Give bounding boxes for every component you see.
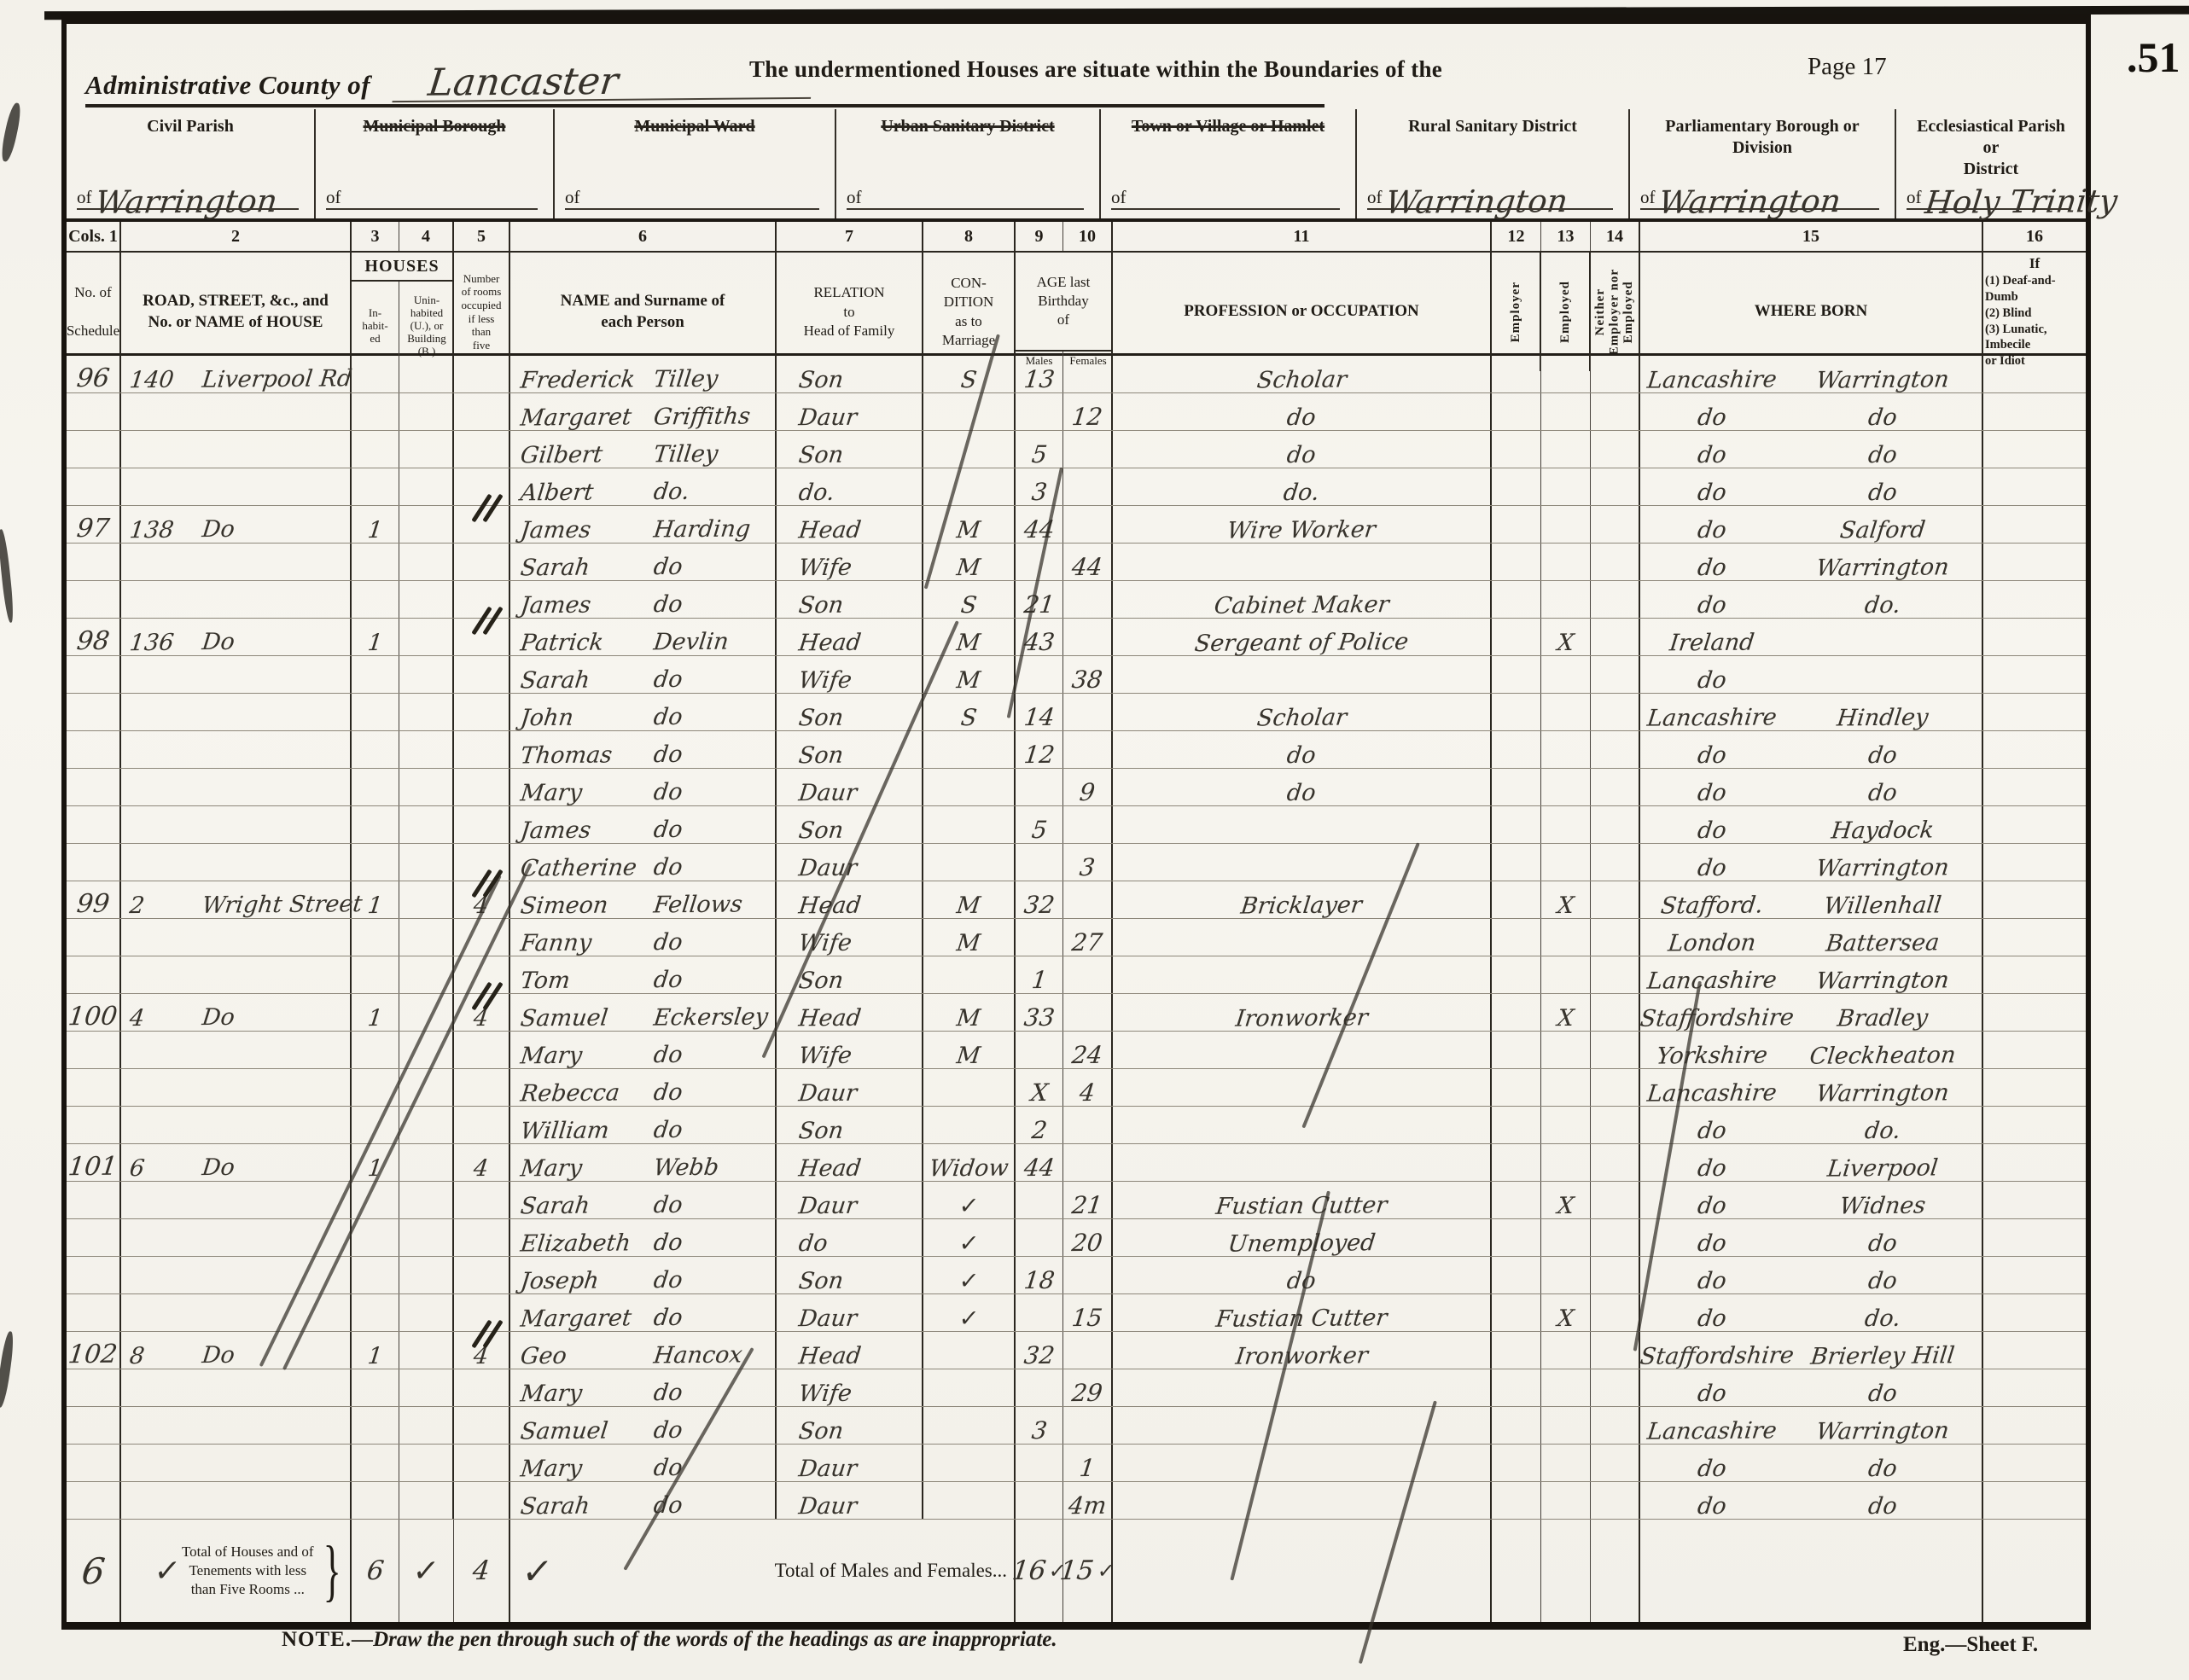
district-box: Town or Village or Hamletof <box>1101 109 1357 218</box>
neither-cell <box>1591 1369 1640 1406</box>
occupation-cell: do <box>1113 769 1492 805</box>
where-born-cell: dodo <box>1640 1257 1983 1293</box>
where-born-cell: do <box>1640 656 1983 693</box>
where-born-cell: LondonBattersea <box>1640 919 1983 956</box>
inhabited-cell <box>352 431 399 468</box>
relation-cell: Son <box>777 581 923 618</box>
table-header: Cols. 12345678910111213141516 No. of Sch… <box>67 222 2086 356</box>
uninhabited-cell <box>399 844 454 881</box>
age-female-cell: 27 <box>1063 919 1113 956</box>
employer-cell <box>1492 544 1541 580</box>
employed-cell: X <box>1541 994 1591 1031</box>
total-empty-born <box>1640 1520 1983 1622</box>
age-male-cell <box>1016 1369 1063 1406</box>
schedule-cell <box>67 769 121 805</box>
tally-mark <box>480 980 495 1012</box>
occupation-cell <box>1113 544 1492 580</box>
where-born-cell: dodo <box>1640 769 1983 805</box>
rooms-cell <box>454 731 510 768</box>
column-number: 13 <box>1541 222 1591 251</box>
total-males-females-label-cell: ✓ Total of Males and Females... <box>510 1520 1016 1622</box>
total-schedule-cell: 6 <box>67 1520 121 1622</box>
district-box: Municipal Boroughof <box>316 109 555 218</box>
schedule-cell <box>67 468 121 505</box>
neither-cell <box>1591 1107 1640 1143</box>
person-row: 96140Liverpool RdFrederickTilleySonS13Sc… <box>67 356 2086 393</box>
occupation-cell: Ironworker <box>1113 1332 1492 1369</box>
tally-mark <box>480 868 495 899</box>
where-born-cell: dodo. <box>1640 1107 1983 1143</box>
where-born-cell: doLiverpool <box>1640 1144 1983 1181</box>
pen-tick: ✓ <box>520 1549 555 1591</box>
age-female-cell <box>1063 506 1113 543</box>
name-cell: FrederickTilley <box>510 356 777 392</box>
relation-cell: Wife <box>777 1369 923 1406</box>
schedule-cell <box>67 731 121 768</box>
infirmity-cell <box>1983 1294 2086 1331</box>
person-row: SarahdoWifeM44doWarrington <box>67 544 2086 581</box>
total-empty-infirmity <box>1983 1520 2086 1622</box>
header-relation: RELATION to Head of Family <box>777 253 923 371</box>
inhabited-cell <box>352 656 399 693</box>
address-cell <box>121 1107 352 1143</box>
schedule-cell: 99 <box>67 881 121 918</box>
rooms-cell <box>454 1482 510 1519</box>
infirmity-cell <box>1983 694 2086 730</box>
inhabited-cell <box>352 356 399 392</box>
relation-cell: Head <box>777 994 923 1031</box>
where-born-cell: dodo <box>1640 1369 1983 1406</box>
brace-glyph: } <box>323 1543 341 1598</box>
uninhabited-cell <box>399 1482 454 1519</box>
infirmity-cell <box>1983 1445 2086 1481</box>
name-cell: Marydo <box>510 1445 777 1481</box>
infirmity-cell <box>1983 1369 2086 1406</box>
age-male-cell: 44 <box>1016 1144 1063 1181</box>
schedule-cell <box>67 1069 121 1106</box>
address-cell <box>121 694 352 730</box>
infirmity-cell <box>1983 1407 2086 1444</box>
age-male-cell: 12 <box>1016 731 1063 768</box>
age-female-cell <box>1063 581 1113 618</box>
condition-cell <box>923 1332 1016 1369</box>
condition-cell: ✓ <box>923 1219 1016 1256</box>
employed-cell: X <box>1541 1294 1591 1331</box>
employer-cell <box>1492 1257 1541 1293</box>
district-box: Municipal Wardof <box>555 109 836 218</box>
name-cell: Tomdo <box>510 956 777 993</box>
district-title: Parliamentary Borough or Division <box>1630 116 1895 159</box>
neither-cell <box>1591 544 1640 580</box>
total-rooms-cell: 4 <box>454 1520 510 1622</box>
address-cell <box>121 919 352 956</box>
infirmity-cell <box>1983 1482 2086 1519</box>
employed-cell <box>1541 544 1591 580</box>
rooms-cell <box>454 1219 510 1256</box>
age-male-cell: 2 <box>1016 1107 1063 1143</box>
address-cell: 6Do <box>121 1144 352 1181</box>
header-occupation: PROFESSION or OCCUPATION <box>1113 253 1492 371</box>
column-number: 2 <box>121 222 352 251</box>
age-female-cell: 3 <box>1063 844 1113 881</box>
name-cell: Marydo <box>510 1032 777 1068</box>
employed-cell: X <box>1541 619 1591 655</box>
neither-cell <box>1591 919 1640 956</box>
uninhabited-cell <box>399 881 454 918</box>
employed-cell <box>1541 731 1591 768</box>
column-number: 6 <box>510 222 777 251</box>
total-houses-label: Total of Houses and of Tenements with le… <box>182 1543 314 1599</box>
age-male-cell <box>1016 919 1063 956</box>
age-male-cell <box>1016 1445 1063 1481</box>
infirmity-cell <box>1983 656 2086 693</box>
district-title: Ecclesiastical Parish or District <box>1896 116 2086 180</box>
employer-cell <box>1492 431 1541 468</box>
header-condition: CON- DITION as to Marriage <box>923 253 1016 371</box>
footer-note: NOTE.—Draw the pen through such of the w… <box>282 1628 1057 1652</box>
employed-cell <box>1541 844 1591 881</box>
age-female-cell: 4 <box>1063 1069 1113 1106</box>
employed-cell <box>1541 956 1591 993</box>
age-female-cell <box>1063 431 1113 468</box>
where-born-cell: Stafford.Willenhall <box>1640 881 1983 918</box>
person-row: 98136Do1PatrickDevlinHeadM43Sergeant of … <box>67 619 2086 656</box>
where-born-cell: LancashireWarrington <box>1640 356 1983 392</box>
infirmity-cell <box>1983 619 2086 655</box>
employed-cell <box>1541 1445 1591 1481</box>
person-row: GilbertTilleySon5dododo <box>67 431 2086 468</box>
address-cell <box>121 1257 352 1293</box>
column-number: Cols. 1 <box>67 222 121 251</box>
rooms-cell <box>454 1032 510 1068</box>
address-cell <box>121 731 352 768</box>
neither-cell <box>1591 656 1640 693</box>
where-born-cell: StaffordshireBrierley Hill <box>1640 1332 1983 1369</box>
district-title: Municipal Borough <box>316 116 553 137</box>
inhabited-cell <box>352 393 399 430</box>
tally-mark <box>480 605 495 637</box>
name-cell: MaryWebb <box>510 1144 777 1181</box>
age-female-cell: 20 <box>1063 1219 1113 1256</box>
where-born-cell: Ireland <box>1640 619 1983 655</box>
occupation-cell: Cabinet Maker <box>1113 581 1492 618</box>
column-number: 11 <box>1113 222 1492 251</box>
employer-cell <box>1492 506 1541 543</box>
district-box: Civil ParishofWarrington <box>67 109 316 218</box>
condition-cell <box>923 1482 1016 1519</box>
person-row: MargaretGriffithsDaur12dododo <box>67 393 2086 431</box>
schedule-cell <box>67 431 121 468</box>
page-number: Page 17 <box>1808 53 1887 81</box>
age-male-cell: 32 <box>1016 1332 1063 1369</box>
person-row: 1016Do14MaryWebbHeadWidow44doLiverpool <box>67 1144 2086 1182</box>
schedule-cell <box>67 694 121 730</box>
age-female-cell <box>1063 956 1113 993</box>
employed-cell <box>1541 1407 1591 1444</box>
employer-cell <box>1492 1144 1541 1181</box>
occupation-cell: Unemployed <box>1113 1219 1492 1256</box>
age-female-cell <box>1063 1107 1113 1143</box>
totals-row: 6 ✓ Total of Houses and of Tenements wit… <box>67 1520 2086 1622</box>
name-cell: Jamesdo <box>510 806 777 843</box>
rooms-cell <box>454 356 510 392</box>
uninhabited-cell <box>399 919 454 956</box>
district-title: Urban Sanitary District <box>836 116 1099 137</box>
neither-cell <box>1591 994 1640 1031</box>
employer-cell <box>1492 1482 1541 1519</box>
rooms-cell <box>454 619 510 655</box>
age-female-cell: 24 <box>1063 1032 1113 1068</box>
inhabited-cell <box>352 844 399 881</box>
employed-cell <box>1541 919 1591 956</box>
relation-cell: Daur <box>777 393 923 430</box>
age-male-cell <box>1016 1182 1063 1218</box>
inhabited-cell <box>352 1219 399 1256</box>
rooms-cell <box>454 1182 510 1218</box>
condition-cell: S <box>923 356 1016 392</box>
relation-cell: Daur <box>777 1482 923 1519</box>
relation-cell: Son <box>777 1107 923 1143</box>
inhabited-cell <box>352 468 399 505</box>
employer-cell <box>1492 356 1541 392</box>
inhabited-cell <box>352 956 399 993</box>
infirmity-cell <box>1983 1219 2086 1256</box>
employer-cell <box>1492 769 1541 805</box>
schedule-cell <box>67 844 121 881</box>
schedule-cell: 96 <box>67 356 121 392</box>
employed-cell <box>1541 393 1591 430</box>
form-header: Administrative County of Lancaster The u… <box>67 24 2086 109</box>
where-born-cell: LancashireWarrington <box>1640 1069 1983 1106</box>
relation-cell: Daur <box>777 769 923 805</box>
inhabited-cell <box>352 544 399 580</box>
address-cell <box>121 393 352 430</box>
employed-cell: X <box>1541 1182 1591 1218</box>
admin-county-label: Administrative County of <box>85 70 370 101</box>
neither-cell <box>1591 1482 1640 1519</box>
relation-cell: Daur <box>777 1069 923 1106</box>
neither-cell <box>1591 1032 1640 1068</box>
name-cell: Albertdo. <box>510 468 777 505</box>
scan-smudge <box>0 102 23 162</box>
total-empty-occupation <box>1113 1520 1492 1622</box>
person-row: JosephdoSon✓18dododo <box>67 1257 2086 1294</box>
infirmity-cell <box>1983 806 2086 843</box>
uninhabited-cell <box>399 694 454 730</box>
header-infirmity-title: If <box>2029 254 2040 273</box>
employed-cell <box>1541 1257 1591 1293</box>
inhabited-cell: 1 <box>352 881 399 918</box>
rooms-cell <box>454 1069 510 1106</box>
occupation-cell <box>1113 1407 1492 1444</box>
occupation-cell: do <box>1113 393 1492 430</box>
age-male-cell <box>1016 393 1063 430</box>
employer-cell <box>1492 881 1541 918</box>
scan-smudge <box>0 1331 15 1409</box>
header-houses-group: HOUSES In- habit- ed Unin- habited (U.),… <box>352 253 454 371</box>
age-male-cell: X <box>1016 1069 1063 1106</box>
schedule-cell <box>67 1219 121 1256</box>
address-cell <box>121 1182 352 1218</box>
schedule-cell <box>67 1445 121 1481</box>
neither-cell <box>1591 1182 1640 1218</box>
name-cell: JamesHarding <box>510 506 777 543</box>
age-female-cell: 12 <box>1063 393 1113 430</box>
address-cell <box>121 1407 352 1444</box>
age-male-cell <box>1016 656 1063 693</box>
employer-cell <box>1492 956 1541 993</box>
infirmity-cell <box>1983 956 2086 993</box>
infirmity-cell <box>1983 506 2086 543</box>
neither-cell <box>1591 956 1640 993</box>
schedule-cell <box>67 1407 121 1444</box>
age-female-cell: 44 <box>1063 544 1113 580</box>
condition-cell <box>923 1407 1016 1444</box>
neither-cell <box>1591 694 1640 730</box>
infirmity-cell <box>1983 393 2086 430</box>
employer-cell <box>1492 656 1541 693</box>
address-cell <box>121 1369 352 1406</box>
tally-mark <box>480 1318 495 1350</box>
employer-cell <box>1492 1294 1541 1331</box>
header-age: AGE last Birthday of <box>1037 253 1091 350</box>
neither-cell <box>1591 1407 1640 1444</box>
uninhabited-cell <box>399 1407 454 1444</box>
person-row: RebeccadoDaurX4LancashireWarrington <box>67 1069 2086 1107</box>
person-row: FannydoWifeM27LondonBattersea <box>67 919 2086 956</box>
district-of-line: ofWarrington <box>1640 187 1879 210</box>
name-cell: Sarahdo <box>510 1182 777 1218</box>
relation-cell: Son <box>777 1407 923 1444</box>
condition-cell: ✓ <box>923 1257 1016 1293</box>
relation-cell: Son <box>777 694 923 730</box>
district-of-line: ofHoly Trinity <box>1907 187 2070 210</box>
schedule-cell <box>67 544 121 580</box>
address-cell: 140Liverpool Rd <box>121 356 352 392</box>
relation-cell: Wife <box>777 919 923 956</box>
occupation-cell: Ironworker <box>1113 994 1492 1031</box>
employed-cell <box>1541 506 1591 543</box>
schedule-cell <box>67 1032 121 1068</box>
uninhabited-cell <box>399 731 454 768</box>
person-row: ThomasdoSon12dododo <box>67 731 2086 769</box>
total-females-cell: 15✓ <box>1063 1520 1113 1622</box>
tally-mark <box>480 492 495 524</box>
header-where-born: WHERE BORN <box>1640 253 1983 371</box>
employer-cell <box>1492 1107 1541 1143</box>
address-cell <box>121 544 352 580</box>
employer-cell <box>1492 1219 1541 1256</box>
rooms-cell <box>454 694 510 730</box>
condition-cell: S <box>923 694 1016 730</box>
relation-cell: Daur <box>777 1182 923 1218</box>
schedule-cell <box>67 919 121 956</box>
condition-cell <box>923 1107 1016 1143</box>
employed-cell <box>1541 1069 1591 1106</box>
neither-cell <box>1591 468 1640 505</box>
where-born-cell: dodo <box>1640 1445 1983 1481</box>
age-female-cell: 9 <box>1063 769 1113 805</box>
condition-cell <box>923 1069 1016 1106</box>
address-cell <box>121 468 352 505</box>
infirmity-cell <box>1983 1032 2086 1068</box>
condition-cell <box>923 769 1016 805</box>
infirmity-cell <box>1983 431 2086 468</box>
condition-cell: M <box>923 881 1016 918</box>
occupation-cell: do. <box>1113 468 1492 505</box>
address-cell <box>121 844 352 881</box>
name-cell: Elizabethdo <box>510 1219 777 1256</box>
infirmity-cell <box>1983 468 2086 505</box>
age-male-cell: 3 <box>1016 1407 1063 1444</box>
uninhabited-cell <box>399 356 454 392</box>
condition-cell <box>923 393 1016 430</box>
rooms-cell <box>454 769 510 805</box>
age-female-cell <box>1063 619 1113 655</box>
infirmity-cell <box>1983 544 2086 580</box>
age-male-cell <box>1016 1294 1063 1331</box>
relation-cell: Son <box>777 431 923 468</box>
relation-cell: Head <box>777 619 923 655</box>
age-male-cell <box>1016 1482 1063 1519</box>
neither-cell <box>1591 581 1640 618</box>
name-cell: GeoHancox <box>510 1332 777 1369</box>
infirmity-cell <box>1983 919 2086 956</box>
inhabited-cell: 1 <box>352 619 399 655</box>
age-female-cell <box>1063 806 1113 843</box>
schedule-cell <box>67 1482 121 1519</box>
person-row: MarydoWife29dodo <box>67 1369 2086 1407</box>
address-cell <box>121 581 352 618</box>
person-row: SamueldoSon3LancashireWarrington <box>67 1407 2086 1445</box>
condition-cell: M <box>923 1032 1016 1068</box>
schedule-cell <box>67 1369 121 1406</box>
inhabited-cell <box>352 1032 399 1068</box>
person-row: 992Wright Street14SimeonFellowsHeadM32Br… <box>67 881 2086 919</box>
district-of-line: of <box>565 187 819 210</box>
where-born-cell: dodo <box>1640 1482 1983 1519</box>
column-number: 10 <box>1063 222 1113 251</box>
uninhabited-cell <box>399 393 454 430</box>
address-cell <box>121 806 352 843</box>
district-box: Rural Sanitary DistrictofWarrington <box>1357 109 1630 218</box>
occupation-cell <box>1113 1482 1492 1519</box>
district-title: Rural Sanitary District <box>1357 116 1628 137</box>
column-number: 16 <box>1983 222 2086 251</box>
column-number: 14 <box>1591 222 1640 251</box>
employer-cell <box>1492 1332 1541 1369</box>
employer-cell <box>1492 1407 1541 1444</box>
district-of-line: of <box>326 187 538 210</box>
person-row: SarahdoDaur✓21Fustian CutterXdoWidnes <box>67 1182 2086 1219</box>
person-row: CatherinedoDaur3doWarrington <box>67 844 2086 881</box>
employer-cell <box>1492 994 1541 1031</box>
schedule-cell <box>67 581 121 618</box>
rooms-cell <box>454 1369 510 1406</box>
header-rooms: Number of rooms occupied if less than fi… <box>454 253 510 371</box>
occupation-cell: Bricklayer <box>1113 881 1492 918</box>
column-labels-row: No. of Schedule ROAD, STREET, &c., and N… <box>67 253 2086 353</box>
relation-cell: Head <box>777 881 923 918</box>
district-of-line: of <box>847 187 1084 210</box>
uninhabited-cell <box>399 1332 454 1369</box>
neither-cell <box>1591 619 1640 655</box>
occupation-cell: Scholar <box>1113 356 1492 392</box>
name-cell: PatrickDevlin <box>510 619 777 655</box>
employed-cell <box>1541 1369 1591 1406</box>
age-female-cell: 38 <box>1063 656 1113 693</box>
neither-cell <box>1591 806 1640 843</box>
